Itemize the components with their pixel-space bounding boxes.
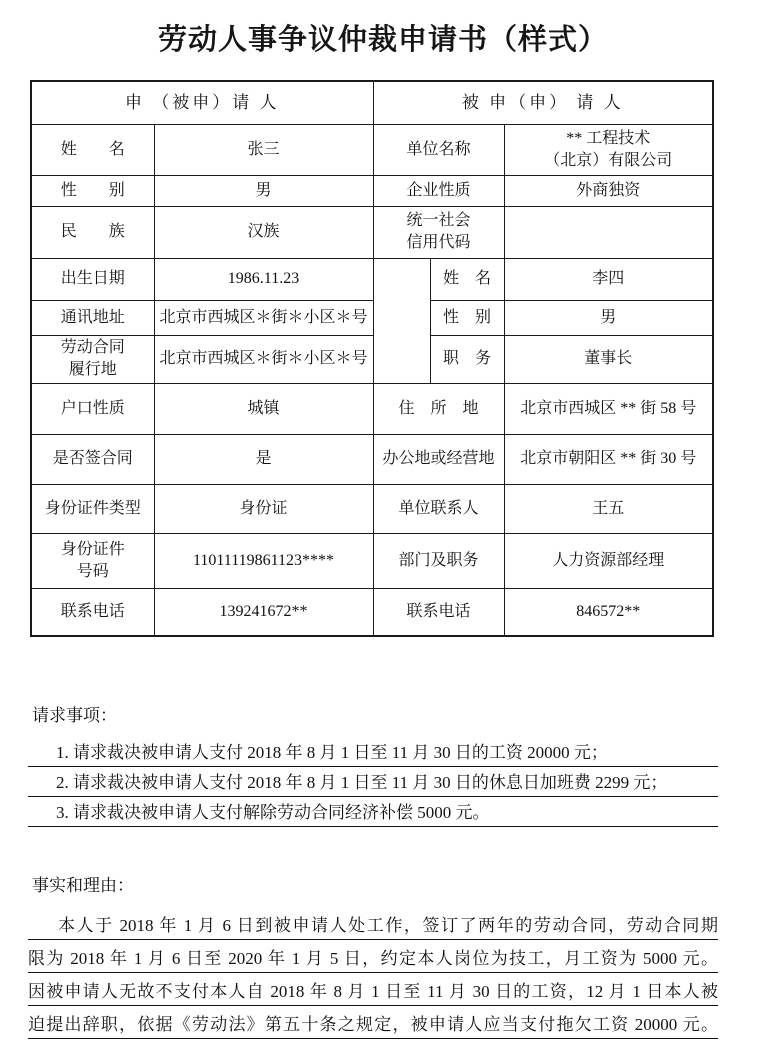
claim-line-2: 2. 请求裁决被申请人支付 2018 年 8 月 1 日至 11 月 30 日的… xyxy=(28,767,718,797)
id-number-value: 11011119861123**** xyxy=(154,533,373,588)
company-type-label: 企业性质 xyxy=(373,175,504,206)
table-header-row: 申 （被申）请 人 被 申（申） 请 人 xyxy=(31,81,713,124)
id-type-label: 身份证件类型 xyxy=(31,484,154,533)
company-name-line1: ** 工程技术 xyxy=(508,128,710,150)
credit-code-label-line1: 统一社会 xyxy=(377,210,501,232)
contract-place-label-line2: 履行地 xyxy=(35,359,151,381)
hukou-type-value: 城镇 xyxy=(154,383,373,434)
id-type-value: 身份证 xyxy=(154,484,373,533)
residence-label: 住 所 地 xyxy=(373,383,504,434)
ethnicity-value: 汉族 xyxy=(154,206,373,258)
table-row: 身份证件 号码 11011119861123**** 部门及职务 人力资源部经理 xyxy=(31,533,713,588)
table-row: 出生日期 1986.11.23 姓 名 李四 xyxy=(31,258,713,300)
legal-rep-spacer-cell xyxy=(373,258,430,383)
table-row: 身份证件类型 身份证 单位联系人 王五 xyxy=(31,484,713,533)
rep-name-label: 姓 名 xyxy=(430,258,504,300)
office-address-value: 北京市朝阳区 ** 街 30 号 xyxy=(504,434,713,484)
contract-signed-label: 是否签合同 xyxy=(31,434,154,484)
company-type-value: 外商独资 xyxy=(504,175,713,206)
fact-line-2: 限为 2018 年 1 月 6 日至 2020 年 1 月 5 日，约定本人岗位… xyxy=(28,940,718,973)
contract-signed-value: 是 xyxy=(154,434,373,484)
table-row: 联系电话 139241672** 联系电话 846572** xyxy=(31,588,713,636)
claims-section: 请求事项： 1. 请求裁决被申请人支付 2018 年 8 月 1 日至 11 月… xyxy=(28,703,718,827)
birth-date-value: 1986.11.23 xyxy=(154,258,373,300)
rep-gender-label: 性 别 xyxy=(430,300,504,335)
mailing-address-value: 北京市西城区＊街＊小区＊号 xyxy=(154,300,373,335)
contract-place-value: 北京市西城区＊街＊小区＊号 xyxy=(154,335,373,383)
residence-value: 北京市西城区 ** 街 58 号 xyxy=(504,383,713,434)
gender-value: 男 xyxy=(154,175,373,206)
respondent-phone-value: 846572** xyxy=(504,588,713,636)
table-row: 姓 名 张三 单位名称 ** 工程技术 （北京）有限公司 xyxy=(31,124,713,175)
name-label: 姓 名 xyxy=(31,124,154,175)
hukou-type-label: 户口性质 xyxy=(31,383,154,434)
table-row: 民 族 汉族 统一社会 信用代码 xyxy=(31,206,713,258)
table-row: 劳动合同 履行地 北京市西城区＊街＊小区＊号 职 务 董事长 xyxy=(31,335,713,383)
company-contact-value: 王五 xyxy=(504,484,713,533)
claims-heading: 请求事项： xyxy=(28,703,718,729)
contract-place-label: 劳动合同 履行地 xyxy=(31,335,154,383)
dept-position-label: 部门及职务 xyxy=(373,533,504,588)
company-name-line2: （北京）有限公司 xyxy=(508,150,710,172)
id-number-label-line1: 身份证件 xyxy=(35,539,151,561)
respondent-header: 被 申（申） 请 人 xyxy=(373,81,713,124)
id-number-label: 身份证件 号码 xyxy=(31,533,154,588)
rep-gender-value: 男 xyxy=(504,300,713,335)
rep-name-value: 李四 xyxy=(504,258,713,300)
document-page: 劳动人事争议仲裁申请书（样式） 申 （被申）请 人 被 申（申） 请 人 姓 名… xyxy=(0,0,766,1044)
mailing-address-label: 通讯地址 xyxy=(31,300,154,335)
rep-title-label: 职 务 xyxy=(430,335,504,383)
table-row: 户口性质 城镇 住 所 地 北京市西城区 ** 街 58 号 xyxy=(31,383,713,434)
name-value: 张三 xyxy=(154,124,373,175)
credit-code-label-line2: 信用代码 xyxy=(377,232,501,254)
credit-code-value xyxy=(504,206,713,258)
fact-line-3: 因被申请人无故不支付本人自 2018 年 8 月 1 日至 11 月 30 日的… xyxy=(28,973,718,1006)
applicant-header: 申 （被申）请 人 xyxy=(31,81,373,124)
table-row: 是否签合同 是 办公地或经营地 北京市朝阳区 ** 街 30 号 xyxy=(31,434,713,484)
contract-place-label-line1: 劳动合同 xyxy=(35,337,151,359)
claim-line-1: 1. 请求裁决被申请人支付 2018 年 8 月 1 日至 11 月 30 日的… xyxy=(28,737,718,767)
company-name-value: ** 工程技术 （北京）有限公司 xyxy=(504,124,713,175)
company-name-label: 单位名称 xyxy=(373,124,504,175)
respondent-phone-label: 联系电话 xyxy=(373,588,504,636)
fact-line-1: 本人于 2018 年 1 月 6 日到被申请人处工作，签订了两年的劳动合同，劳动… xyxy=(28,907,718,940)
company-contact-label: 单位联系人 xyxy=(373,484,504,533)
dept-position-value: 人力资源部经理 xyxy=(504,533,713,588)
id-number-label-line2: 号码 xyxy=(35,561,151,583)
office-address-label: 办公地或经营地 xyxy=(373,434,504,484)
applicant-phone-label: 联系电话 xyxy=(31,588,154,636)
applicant-phone-value: 139241672** xyxy=(154,588,373,636)
table-row: 通讯地址 北京市西城区＊街＊小区＊号 性 别 男 xyxy=(31,300,713,335)
ethnicity-label: 民 族 xyxy=(31,206,154,258)
fact-line-4: 迫提出辞职，依据《劳动法》第五十条之规定，被申请人应当支付拖欠工资 20000 … xyxy=(28,1006,718,1039)
facts-section: 事实和理由： 本人于 2018 年 1 月 6 日到被申请人处工作，签订了两年的… xyxy=(28,873,718,1039)
parties-table: 申 （被申）请 人 被 申（申） 请 人 姓 名 张三 单位名称 ** 工程技术… xyxy=(30,80,714,637)
birth-date-label: 出生日期 xyxy=(31,258,154,300)
credit-code-label: 统一社会 信用代码 xyxy=(373,206,504,258)
gender-label: 性 别 xyxy=(31,175,154,206)
claim-line-3: 3. 请求裁决被申请人支付解除劳动合同经济补偿 5000 元。 xyxy=(28,797,718,827)
rep-title-value: 董事长 xyxy=(504,335,713,383)
table-row: 性 别 男 企业性质 外商独资 xyxy=(31,175,713,206)
facts-heading: 事实和理由： xyxy=(28,873,718,899)
page-title: 劳动人事争议仲裁申请书（样式） xyxy=(0,0,766,59)
